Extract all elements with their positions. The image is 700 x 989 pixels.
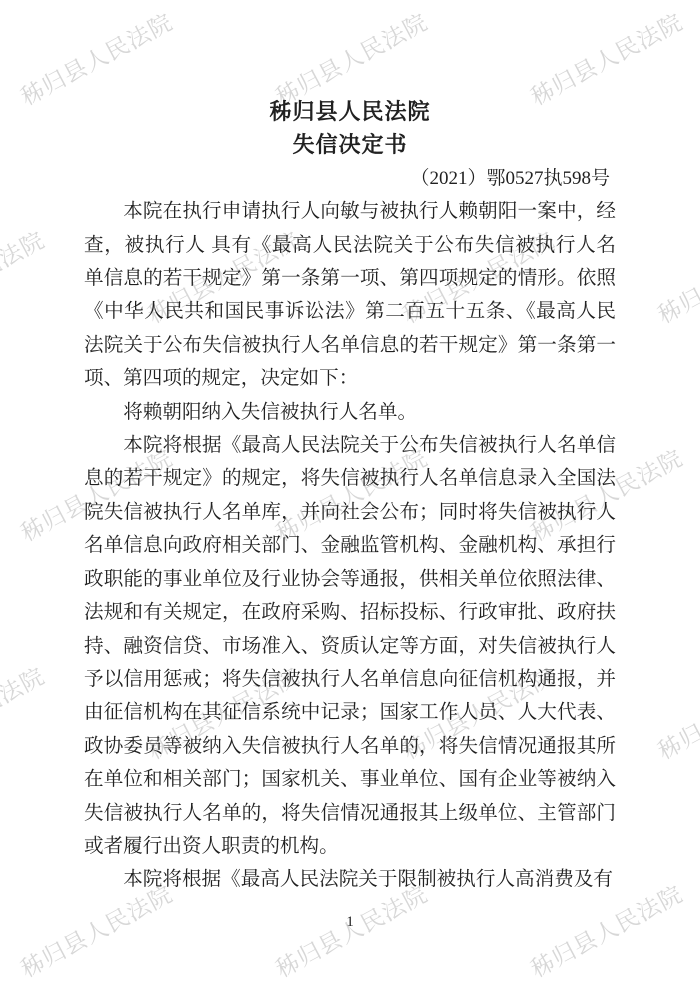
page-number: 1 xyxy=(0,914,700,931)
document-body: 本院在执行申请执行人向敏与被执行人赖朝阳一案中，经查，被执行人 具有《最高人民法… xyxy=(84,195,616,897)
paragraph: 本院将根据《最高人民法院关于公布失信被执行人名单信息的若干规定》的规定，将失信被… xyxy=(84,429,616,863)
paragraph: 本院在执行申请执行人向敏与被执行人赖朝阳一案中，经查，被执行人 具有《最高人民法… xyxy=(84,195,616,395)
court-title: 秭归县人民法院 xyxy=(84,95,616,128)
paragraph: 本院将根据《最高人民法院关于限制被执行人高消费及有 xyxy=(84,863,616,896)
document-page: 秭归县人民法院秭归县人民法院秭归县人民法院秭归县人民法院秭归县人民法院秭归县人民… xyxy=(0,0,700,989)
document-title: 失信决定书 xyxy=(84,128,616,161)
paragraph: 将赖朝阳纳入失信被执行人名单。 xyxy=(84,396,616,429)
case-number: （2021）鄂0527执598号 xyxy=(84,162,616,195)
document-content: 秭归县人民法院 失信决定书 （2021）鄂0527执598号 本院在执行申请执行… xyxy=(0,0,700,897)
